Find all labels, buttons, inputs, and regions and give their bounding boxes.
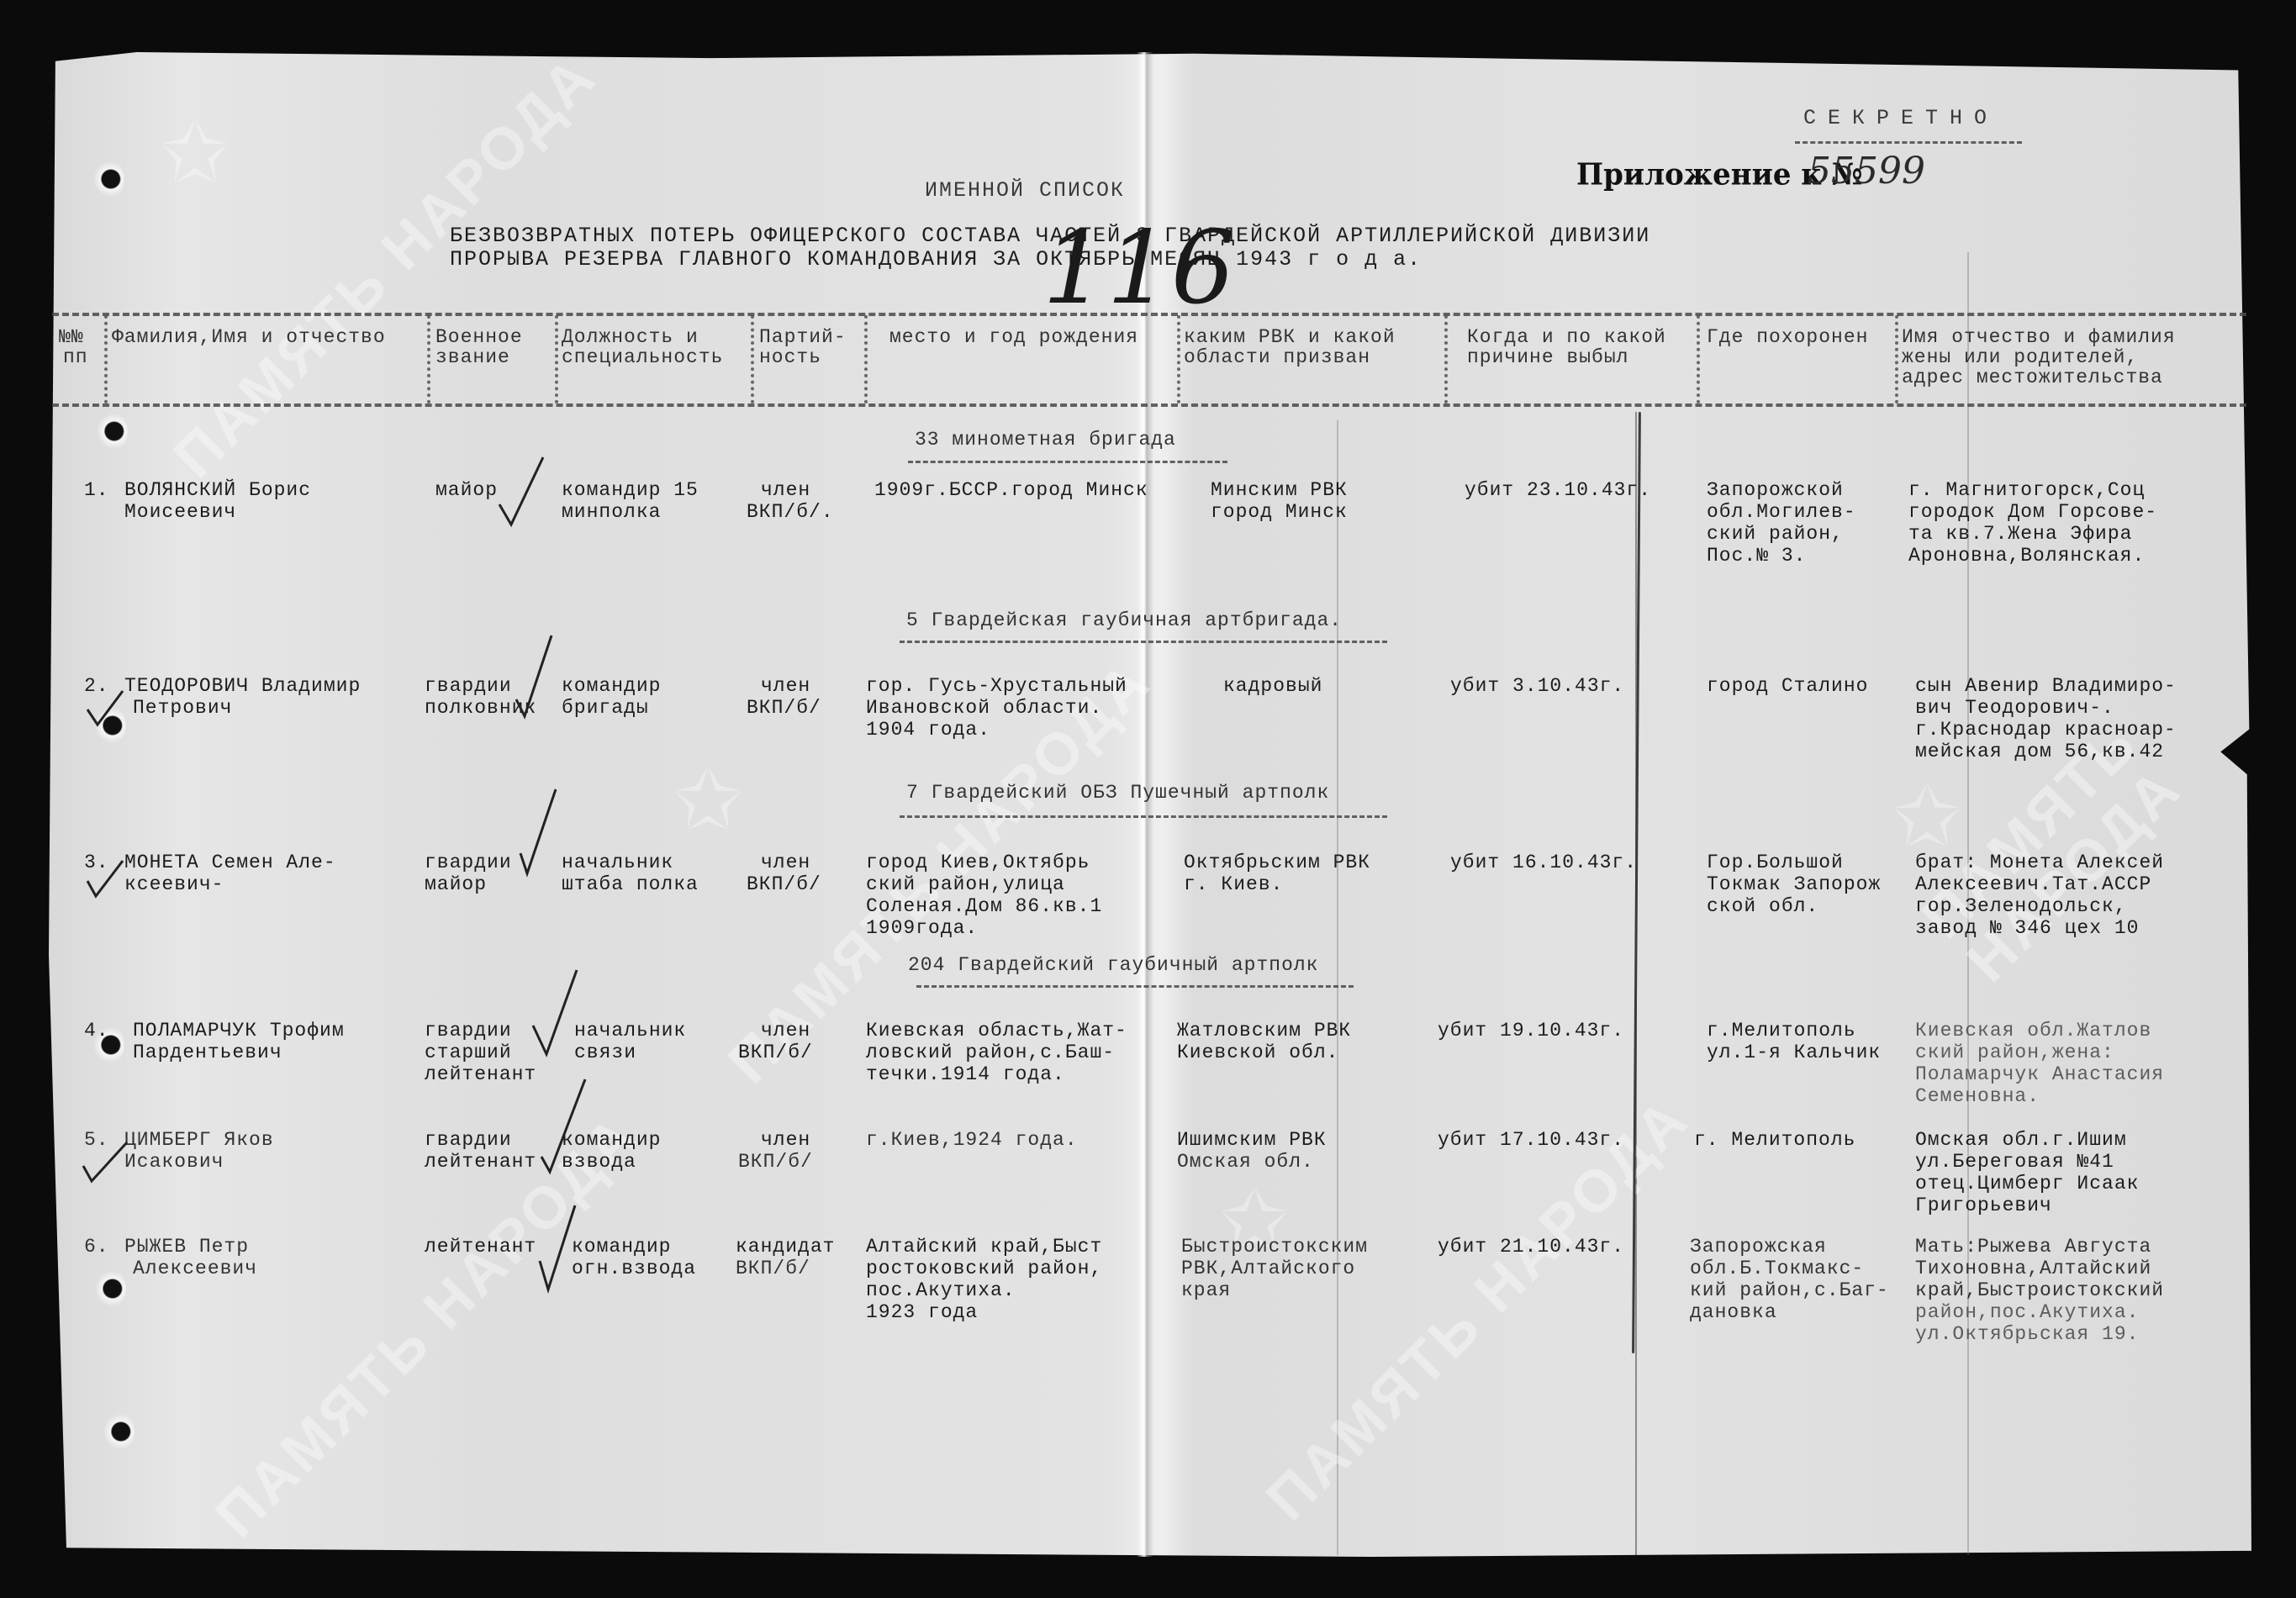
header-post-sub: специальность [562, 346, 723, 368]
kin: ул.Береговая №41 [1915, 1151, 2114, 1173]
rank: лейтенант [425, 1236, 536, 1258]
post: командир [562, 675, 661, 697]
fate: убит 17.10.43г. [1438, 1129, 1624, 1151]
header-kin-sub: жены или родителей, [1902, 346, 2138, 368]
birth-place: ловский район,с.Баш- [866, 1042, 1115, 1063]
kin: брат: Монета Алексей [1915, 852, 2164, 873]
rvk-line-2: Киевской обл. [1177, 1042, 1338, 1063]
rank: гвардии [425, 1129, 512, 1151]
header-party: Партий- [759, 326, 847, 348]
rank-line-2: лейтенант [425, 1151, 536, 1173]
rank: майор [435, 479, 498, 501]
party-line-2: ВКП/б/. [747, 501, 834, 523]
kin: Ароновна,Волянская. [1908, 545, 2145, 567]
person-patronymic: ксеевич- [124, 873, 224, 895]
burial: ской обл. [1707, 895, 1818, 917]
party: член [761, 1020, 810, 1042]
rank: гвардии [425, 852, 512, 873]
rank: гвардии [425, 1020, 512, 1042]
birth-place: течки.1914 года. [866, 1063, 1065, 1085]
watermark-star-icon: ✩ [160, 92, 230, 210]
birth-place: 1909г.БССР.город Минск [874, 479, 1148, 501]
party-line-2: ВКП/б/ [738, 1042, 813, 1063]
burial: Пос.№ 3. [1707, 545, 1806, 567]
party-line-2: ВКП/б/ [747, 697, 821, 719]
kin: Омская обл.г.Ишим [1915, 1129, 2127, 1151]
person-name: ЦИМБЕРГ Яков [124, 1129, 274, 1151]
header-party-sub: ность [759, 346, 821, 368]
header-num: №№ [59, 326, 84, 348]
title-line-3: ПРОРЫВА РЕЗЕРВА ГЛАВНОГО КОМАНДОВАНИЯ ЗА… [450, 249, 1422, 271]
classification-label: СЕКРЕТНО [1803, 108, 1998, 129]
column-separator [864, 315, 868, 403]
birth-place: 1904 года. [866, 719, 990, 741]
header-num-sub: пп [63, 346, 88, 368]
party: член [761, 852, 810, 873]
column-separator [1895, 315, 1898, 403]
rvk: Ишимским РВК [1177, 1129, 1327, 1151]
column-separator [104, 315, 108, 403]
checkmark-icon [536, 1202, 578, 1295]
party-line-2: ВКП/б/ [736, 1258, 810, 1279]
kin: район,пос.Акутиха. [1915, 1301, 2139, 1323]
party: кандидат [736, 1236, 835, 1258]
rvk: Минским РВК [1211, 479, 1348, 501]
row-number: 6. [84, 1236, 109, 1258]
kin: та кв.7.Жена Эфира [1908, 523, 2132, 545]
burial: обл.Б.Токмакс- [1690, 1258, 1864, 1279]
fate: убит 16.10.43г. [1450, 852, 1637, 873]
post: командир [572, 1236, 671, 1258]
kin: Мать:Рыжева Августа [1915, 1236, 2151, 1258]
burial: Гор.Большой [1707, 852, 1844, 873]
post-line-2: огн.взвода [572, 1258, 696, 1279]
checkmark-icon [530, 967, 580, 1059]
divider [908, 461, 1227, 463]
column-separator [1444, 315, 1448, 403]
birth-place: пос.Акутиха. [866, 1279, 1016, 1301]
birth-place: Ивановской области. [866, 697, 1102, 719]
person-name: ВОЛЯНСКИЙ Борис [124, 479, 311, 501]
punch-hole [96, 1269, 126, 1308]
checkmark-icon [80, 1139, 130, 1185]
birth-place: г.Киев,1924 года. [866, 1129, 1078, 1151]
kin: Поламарчук Анастасия [1915, 1063, 2164, 1085]
rvk-line-2: город Минск [1211, 501, 1348, 523]
row-number: 1. [84, 479, 109, 501]
birth-place: ский район,улица [866, 873, 1065, 895]
post-line-2: минполка [562, 501, 661, 523]
burial: Запорожская [1690, 1236, 1827, 1258]
person-name: ТЕОДОРОВИЧ Владимир [124, 675, 361, 697]
burial: Запорожской [1707, 479, 1844, 501]
kin: г.Краснодар красноар- [1915, 719, 2177, 741]
rank-line-2: майор [425, 873, 487, 895]
checkmark-icon [538, 1076, 589, 1177]
party: член [761, 675, 810, 697]
checkmark-icon [496, 454, 546, 530]
burial: ский район, [1707, 523, 1844, 545]
burial: г.Мелитополь [1707, 1020, 1856, 1042]
birth-place: город Киев,Октябрь [866, 852, 1090, 873]
burial: обл.Могилев- [1707, 501, 1856, 523]
party-line-2: ВКП/б/ [738, 1151, 813, 1173]
header-post: Должность и [562, 326, 699, 348]
kin: ский район,жена: [1915, 1042, 2114, 1063]
post-line-2: бригады [562, 697, 649, 719]
person-patronymic: Петрович [133, 697, 232, 719]
rvk-line-2: Омская обл. [1177, 1151, 1314, 1173]
burial: кий район,с.Баг- [1690, 1279, 1889, 1301]
kin: Семеновна. [1915, 1085, 2040, 1107]
kin: гор.Зеленодольск, [1915, 895, 2127, 917]
post: командир 15 [562, 479, 699, 501]
column-separator [427, 315, 430, 403]
rank: гвардии [425, 675, 512, 697]
section-unit-heading: 5 Гвардейская гаубичная артбригада. [906, 609, 1342, 631]
header-rank: Военное [435, 326, 523, 348]
divider [900, 641, 1387, 643]
header-rank-sub: звание [435, 346, 510, 368]
column-separator [751, 315, 754, 403]
person-patronymic: Пардентьевич [133, 1042, 282, 1063]
post-line-2: штаба полка [562, 873, 699, 895]
punch-hole [104, 1412, 135, 1451]
handwritten-sheet-number: 116 [1042, 219, 1235, 319]
person-patronymic: Алексеевич [133, 1258, 257, 1279]
party-line-2: ВКП/б/ [747, 873, 821, 895]
party: член [761, 479, 810, 501]
row-number: 4. [84, 1020, 109, 1042]
checkmark-icon [84, 857, 126, 899]
fate: убит 23.10.43г. [1465, 479, 1651, 501]
divider [900, 815, 1387, 818]
fate: убит 21.10.43г. [1438, 1236, 1624, 1258]
header-fate: Когда и по какой [1467, 326, 1666, 348]
kin: сын Авенир Владимиро- [1915, 675, 2177, 697]
post: начальник [562, 852, 673, 873]
kin: Григорьевич [1915, 1195, 2052, 1216]
column-separator [555, 315, 558, 403]
fate: убит 19.10.43г. [1438, 1020, 1624, 1042]
watermark-star-icon: ✩ [673, 740, 743, 857]
table-header-bottom-rule [52, 403, 2246, 407]
birth-place: Алтайский край,Быст [866, 1236, 1102, 1258]
table-top-rule [52, 313, 2246, 316]
header-kin: Имя отчество и фамилия [1902, 326, 2176, 348]
post: начальник [574, 1020, 686, 1042]
party: член [761, 1129, 810, 1151]
person-name: МОНЕТА Семен Але- [124, 852, 336, 873]
header-kin-sub2: адрес местожительства [1902, 367, 2163, 388]
birth-place: ростоковский район, [866, 1258, 1102, 1279]
title-line-1: ИМЕННОЙ СПИСОК [925, 180, 1125, 202]
person-patronymic: Исакович [124, 1151, 224, 1173]
kin: отец.Цимберг Исаак [1915, 1173, 2139, 1195]
rank-line-3: лейтенант [425, 1063, 536, 1085]
header-rvk-sub: области призван [1184, 346, 1370, 368]
rvk: Октябрьским РВК [1184, 852, 1370, 873]
rvk: Жатловским РВК [1177, 1020, 1351, 1042]
header-burial: Где похоронен [1707, 326, 1868, 348]
kin: ул.Октябрьская 19. [1915, 1323, 2139, 1345]
rvk-line-2: г. Киев. [1184, 873, 1283, 895]
burial: ул.1-я Кальчик [1707, 1042, 1881, 1063]
birth-place: Соленая.Дом 86.кв.1 [866, 895, 1102, 917]
kin: край,Быстроистокский [1915, 1279, 2164, 1301]
burial: город Сталино [1707, 675, 1868, 697]
kin: завод № 346 цех 10 [1915, 917, 2139, 939]
section-unit-heading: 7 Гвардейский ОБЗ Пушечный артполк [906, 782, 1329, 804]
column-separator [1177, 315, 1180, 403]
birth-place: 1923 года [866, 1301, 978, 1323]
rvk: кадровый [1223, 675, 1322, 697]
kin: г. Магнитогорск,Соц [1908, 479, 2145, 501]
kin: вич Теодорович-. [1915, 697, 2114, 719]
header-name: Фамилия,Имя и отчество [112, 326, 386, 348]
fate: убит 3.10.43г. [1450, 675, 1624, 697]
person-name: РЫЖЕВ Петр [124, 1236, 249, 1258]
checkmark-icon [513, 632, 555, 725]
kin: городок Дом Горсове- [1908, 501, 2157, 523]
birth-place: Киевская область,Жат- [866, 1020, 1127, 1042]
checkmark-icon [84, 688, 126, 730]
birth-place: гор. Гусь-Хрустальный [866, 675, 1127, 697]
column-separator [1697, 315, 1700, 403]
burial: дановка [1690, 1301, 1777, 1323]
appendix-number: 55599 [1808, 150, 1925, 192]
person-name: ПОЛАМАРЧУК Трофим [133, 1020, 345, 1042]
divider [916, 985, 1354, 988]
birth-place: 1909года. [866, 917, 978, 939]
burial: Токмак Запорож [1707, 873, 1881, 895]
kin: мейская дом 56,кв.42 [1915, 741, 2164, 762]
post-line-2: связи [574, 1042, 636, 1063]
kin: Тихоновна,Алтайский [1915, 1258, 2151, 1279]
checkmark-icon [517, 786, 559, 878]
header-rvk: каким РВК и какой [1184, 326, 1396, 348]
person-patronymic: Моисеевич [124, 501, 236, 523]
section-unit-heading: 33 минометная бригада [915, 429, 1176, 451]
kin: Киевская обл.Жатлов [1915, 1020, 2151, 1042]
kin: Алексеевич.Тат.АССР [1915, 873, 2151, 895]
rank-line-2: старший [425, 1042, 512, 1063]
punch-hole [94, 160, 124, 198]
paper-crease [1337, 420, 1338, 1555]
divider [1795, 141, 2022, 144]
header-birth: место и год рождения [889, 326, 1138, 348]
rvk: Быстроистокским [1181, 1236, 1368, 1258]
punch-hole [98, 412, 128, 451]
section-unit-heading: 204 Гвардейский гаубичный артполк [908, 954, 1318, 976]
burial: г. Мелитополь [1694, 1129, 1855, 1151]
header-fate-sub: причине выбыл [1467, 346, 1628, 368]
rvk-line-2: РВК,Алтайского [1181, 1258, 1355, 1279]
rvk-line-3: края [1181, 1279, 1231, 1301]
